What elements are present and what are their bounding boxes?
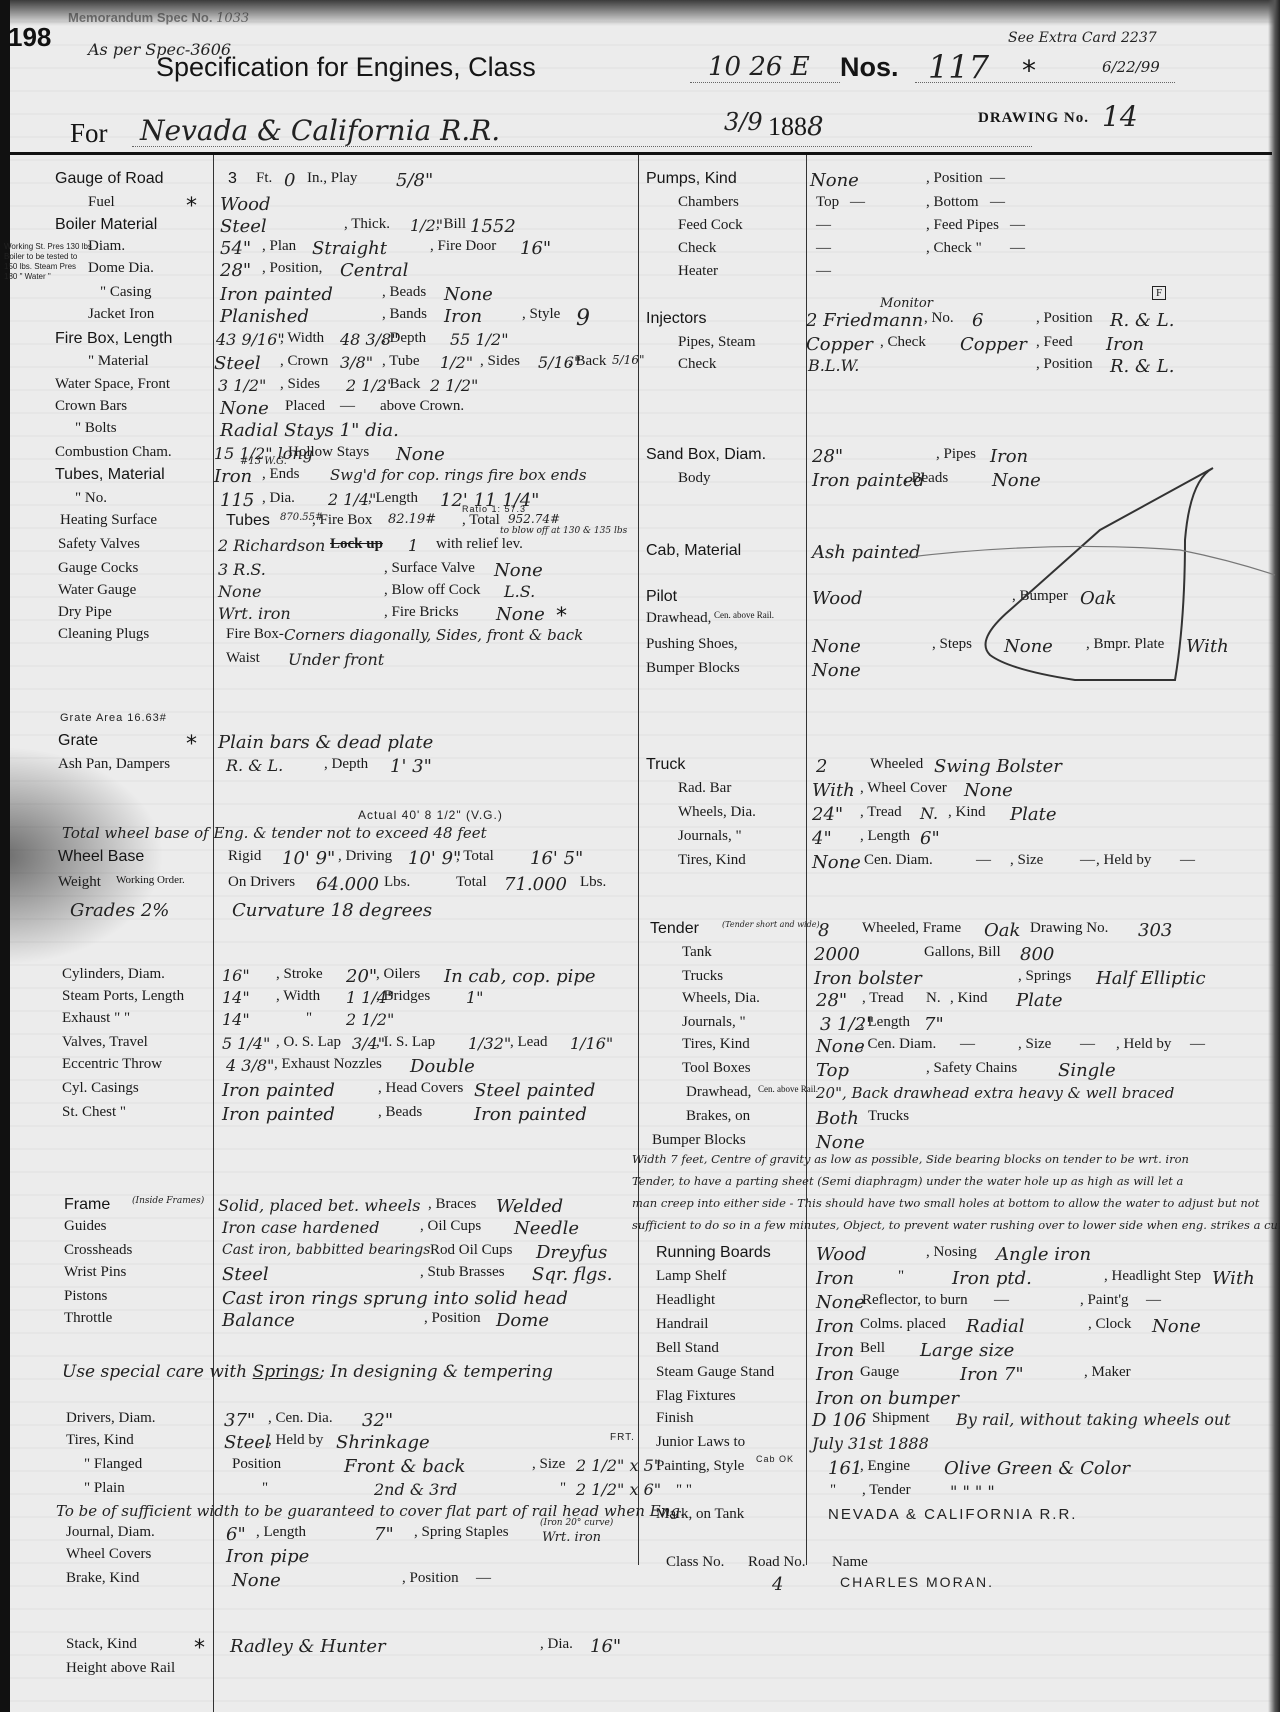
pencil-sketch	[0, 0, 1280, 1712]
specification-sheet: 198 Memorandum Spec No. 1033 As per Spec…	[0, 0, 1280, 1712]
